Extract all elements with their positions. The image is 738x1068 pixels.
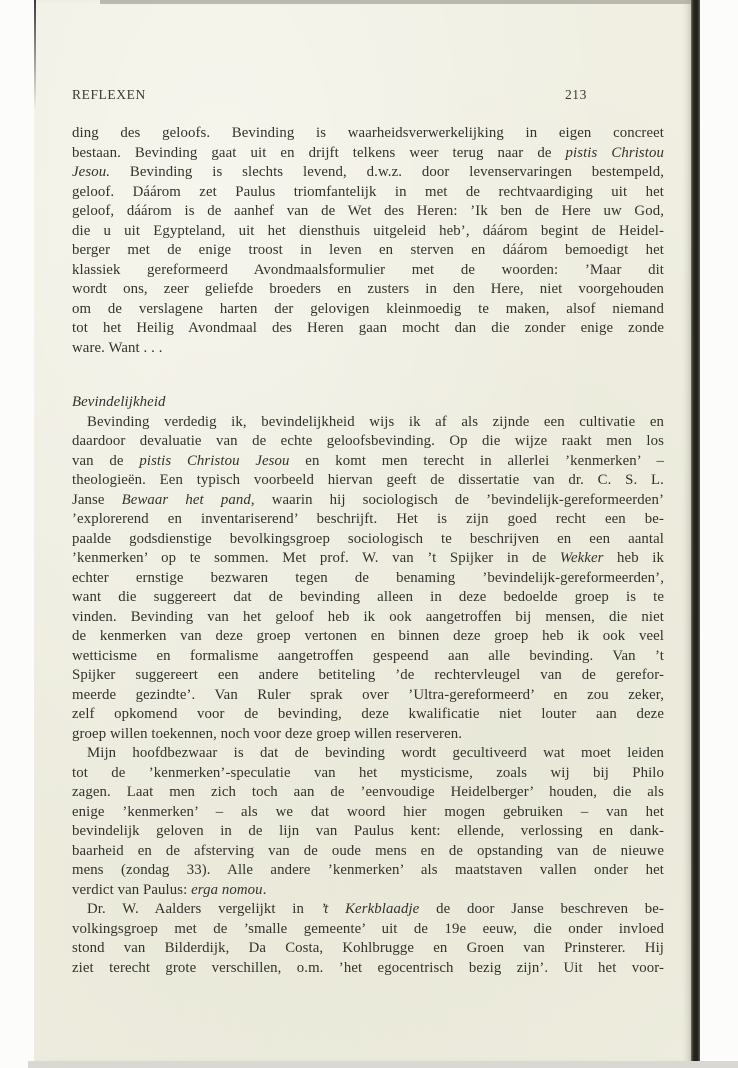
text-line: mens (zondag 33). Alle andere ’kenmerken…: [72, 861, 664, 881]
scan-edge-left-line: [34, 0, 36, 110]
text-line: enige ’kenmerken’ – als we dat woord hie…: [72, 803, 664, 823]
text-line: klassiek gereformeerd Avondmaalsformulie…: [72, 261, 664, 281]
text-line: ’explorerend en inventariserend’ beschri…: [72, 510, 664, 530]
text-line: Spijker suggereert een andere betiteling…: [72, 666, 664, 686]
text-line: Mijn hoofdbezwaar is dat de bevinding wo…: [72, 744, 664, 764]
text-line: geloof. Dáárom zet Paulus triomfantelijk…: [72, 183, 664, 203]
text-line: wetticisme en formalisme aangetroffen ge…: [72, 647, 664, 667]
text-line: Bevinding verdedig ik, bevindelijkheid w…: [72, 413, 664, 433]
running-head: REFLEXEN 213: [72, 87, 587, 103]
text-line: stond van Bilderdijk, Da Costa, Kohlbrug…: [72, 939, 664, 959]
text-line: ziet terecht grote verschillen, o.m. ’he…: [72, 959, 664, 979]
text-line: van de pistis Christou Jesou en komt men…: [72, 452, 664, 472]
text-line: tot het Heilig Avondmaal des Heren gaan …: [72, 319, 664, 339]
text-line: wordt ons, zeer geliefde broeders en zus…: [72, 280, 664, 300]
running-header-title: REFLEXEN: [72, 87, 146, 103]
text-line: Dr. W. Aalders vergelijkt in ’t Kerkblaa…: [72, 900, 664, 920]
book-page: REFLEXEN 213 ding des geloofs. Bevinding…: [34, 0, 692, 1062]
text-line: zelf opkomend voor de bevinding, deze kw…: [72, 705, 664, 725]
text-line: want die suggereert dat de bevinding all…: [72, 588, 664, 608]
paragraph-3: Mijn hoofdbezwaar is dat de bevinding wo…: [72, 744, 664, 900]
text-line: verdict van Paulus: erga nomou.: [72, 881, 664, 901]
text-line: theologieën. Een typisch voorbeeld hierv…: [72, 471, 664, 491]
text-line: ding des geloofs. Bevinding is waarheids…: [72, 124, 664, 144]
text-line: bevindelijk geloven in de lijn van Paulu…: [72, 822, 664, 842]
section-heading: Bevindelijkheid: [72, 393, 664, 413]
text-line: geloof, dáárom is de aanhef van de Wet d…: [72, 202, 664, 222]
text-line: vinden. Bevinding van het geloof heb ik …: [72, 608, 664, 628]
text-line: Janse Bewaar het pand, waarin hij sociol…: [72, 491, 664, 511]
text-line: volkingsgroep met de ’smalle gemeente’ u…: [72, 920, 664, 940]
text-line: daardoor devaluatie van de echte geloofs…: [72, 432, 664, 452]
text-line: om de verslagene harten der gelovigen kl…: [72, 300, 664, 320]
text-line: berger met de enige troost in leven en s…: [72, 241, 664, 261]
text-line: ware. Want . . .: [72, 339, 664, 359]
text-line: ’kenmerken’ op te sommen. Met prof. W. v…: [72, 549, 664, 569]
text-line: de kenmerken van deze groep vertonen en …: [72, 627, 664, 647]
text-line: baarheid en de afsterving van de oude me…: [72, 842, 664, 862]
paragraph-2: Bevinding verdedig ik, bevindelijkheid w…: [72, 413, 664, 745]
text-line: Jesou. Bevinding is slechts levend, d.w.…: [72, 163, 664, 183]
text-line: die u uit Egypteland, uit het diensthuis…: [72, 222, 664, 242]
paragraph-4: Dr. W. Aalders vergelijkt in ’t Kerkblaa…: [72, 900, 664, 978]
text-line: groep willen toekennen, noch voor deze g…: [72, 725, 664, 745]
scan-edge-top: [100, 0, 700, 4]
paragraph-1: ding des geloofs. Bevinding is waarheids…: [72, 124, 664, 358]
text-line: zagen. Laat men zich toch aan de ’eenvou…: [72, 783, 664, 803]
scan-edge-right: [691, 0, 700, 1062]
text-line: meerde gezindte’. Van Ruler sprak over ’…: [72, 686, 664, 706]
scanned-page: REFLEXEN 213 ding des geloofs. Bevinding…: [0, 0, 738, 1068]
text-line: paalde godsdienstige bevolkingsgroep soc…: [72, 530, 664, 550]
text-line: echter ernstige bezwaren tegen de benami…: [72, 569, 664, 589]
text-line: bestaan. Bevinding gaat uit en drijft te…: [72, 144, 664, 164]
page-number: 213: [565, 87, 587, 103]
text-line: tot de ’kenmerken’-speculatie van het my…: [72, 764, 664, 784]
scan-edge-bottom: [28, 1061, 738, 1068]
body-text: ding des geloofs. Bevinding is waarheids…: [72, 124, 664, 978]
